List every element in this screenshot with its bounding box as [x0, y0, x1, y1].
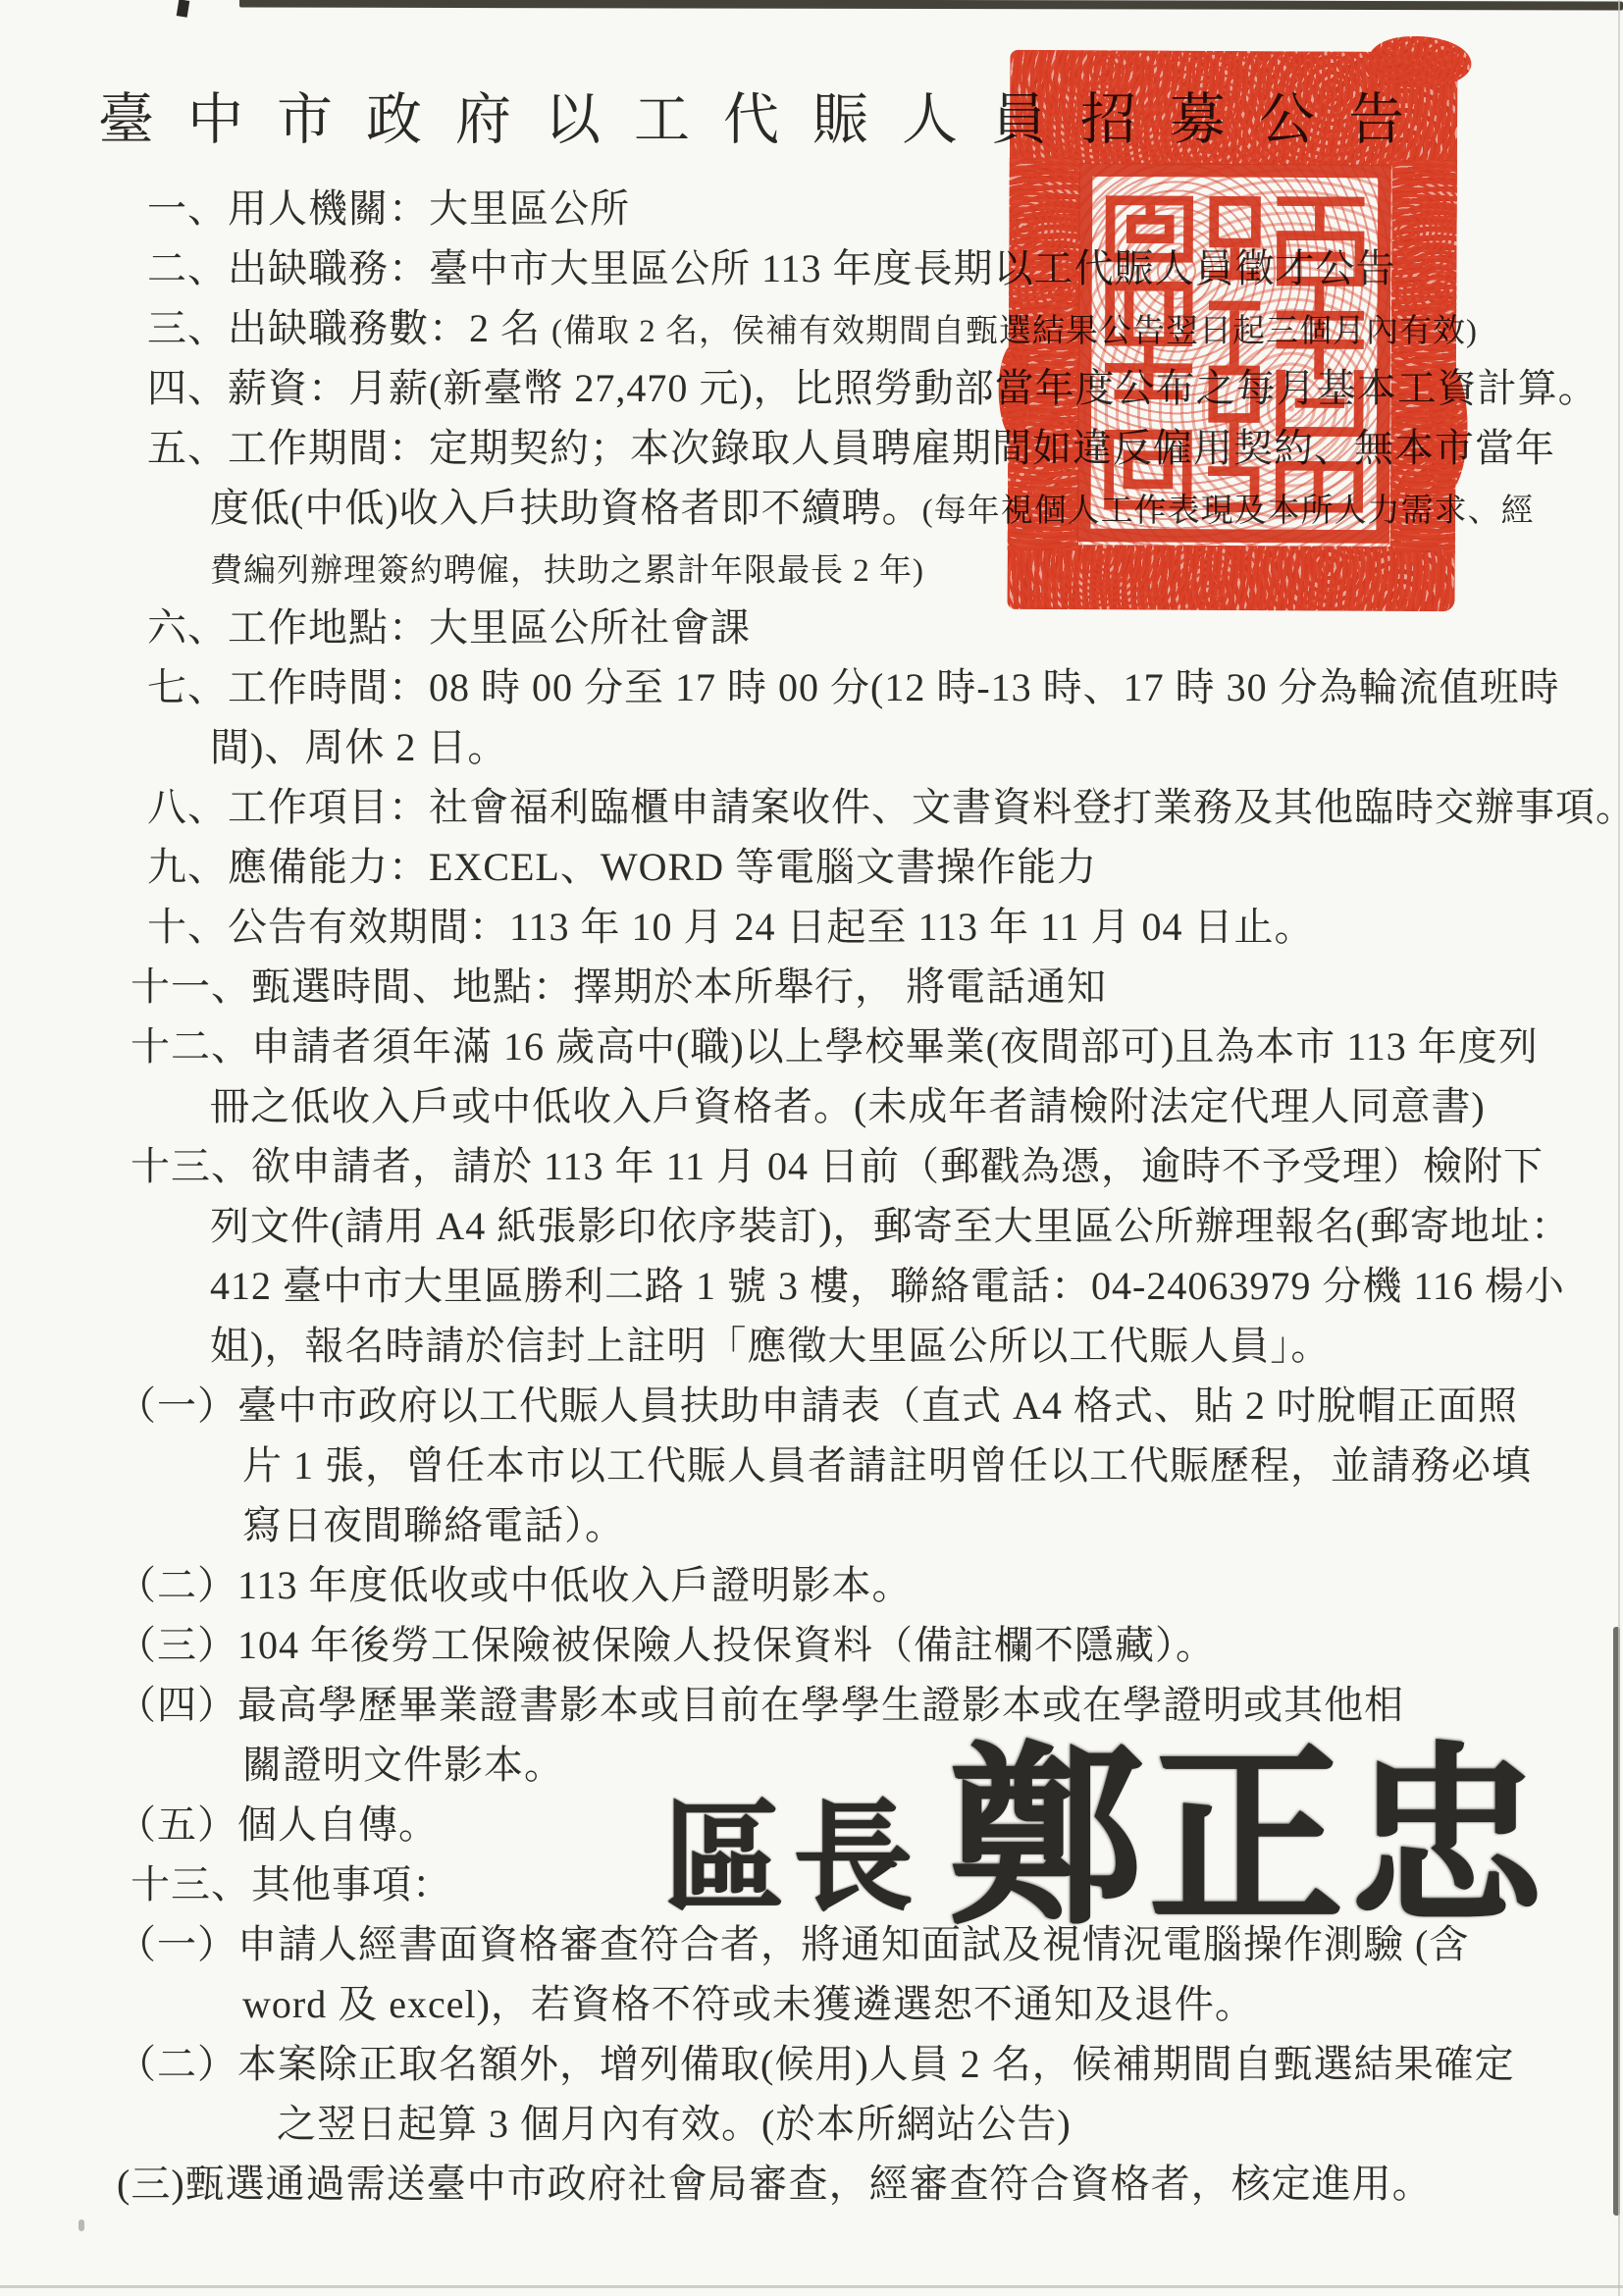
text-line-28: （五）個人自傳。 — [0, 1795, 1623, 1854]
text-line-34: (三)甄選通過需送臺中市政府社會局審查，經審查符合資格者，核定進用。 — [0, 2154, 1623, 2214]
text-line-27: 關證明文件影本。 — [0, 1735, 1623, 1795]
text-line-14: 十一、甄選時間、地點：擇期於本所舉行， 將電話通知 — [0, 957, 1623, 1017]
scan-edge-mark — [177, 0, 190, 18]
text-line-11: 八、工作項目：社會福利臨櫃申請案收件、文書資料登打業務及其他臨時交辦事項。 — [0, 777, 1623, 837]
text-segment: 四、薪資：月薪(新臺幣 27,470 元)，比照勞動部當年度公布之每月基本工資計… — [147, 366, 1598, 410]
text-segment: 412 臺中市大里區勝利二路 1 號 3 樓，聯絡電話：04-24063979 … — [210, 1264, 1565, 1308]
text-segment-small: 費編列辦理簽約聘僱，扶助之累計年限最長 2 年) — [210, 553, 924, 589]
text-segment: 冊之低收入戶或中低收入戶資格者。(未成年者請檢附法定代理人同意書) — [210, 1084, 1486, 1128]
text-line-26: （四）最高學歷畢業證書影本或目前在學學生證影本或在學證明或其他相 — [0, 1675, 1623, 1735]
text-segment: 之翌日起算 3 個月內有效。(於本所網站公告) — [277, 2102, 1072, 2146]
text-line-9: 七、工作時間：08 時 00 分至 17 時 00 分(12 時-13 時、17… — [0, 657, 1623, 717]
text-line-24: （二）113 年度低收或中低收入戶證明影本。 — [0, 1555, 1623, 1615]
text-segment: 片 1 張，曾任本市以工代賑人員者請註明曾任以工代賑歷程，並請務必填 — [242, 1443, 1532, 1487]
text-segment: 八、工作項目：社會福利臨櫃申請案收件、文書資料登打業務及其他臨時交辦事項。 — [147, 785, 1623, 829]
scan-edge-bottom — [0, 2285, 1623, 2288]
text-line-33: 之翌日起算 3 個月內有效。(於本所網站公告) — [0, 2094, 1623, 2154]
seal-ink-blob — [1369, 36, 1471, 88]
text-segment: 十、公告有效期間：113 年 10 月 24 日起至 113 年 11 月 04… — [147, 905, 1315, 949]
text-line-29: 十三、其他事項： — [0, 1854, 1623, 1914]
text-segment-small: (每年視個人工作表現及本所人力需求、經 — [922, 494, 1535, 529]
text-line-1: 一、用人機關：大里區公所 — [0, 179, 1623, 238]
document-body: 一、用人機關：大里區公所二、出缺職務：臺中市大里區公所 113 年度長期以工代賑… — [0, 179, 1623, 2214]
text-line-25: （三）104 年後勞工保險被保險人投保資料（備註欄不隱藏）。 — [0, 1615, 1623, 1675]
text-line-13: 十、公告有效期間：113 年 10 月 24 日起至 113 年 11 月 04… — [0, 897, 1623, 957]
text-segment: 七、工作時間：08 時 00 分至 17 時 00 分(12 時-13 時、17… — [147, 665, 1560, 709]
text-segment: （三）104 年後勞工保險被保險人投保資料（備註欄不隱藏）。 — [117, 1623, 1216, 1667]
text-segment: 三、出缺職務數：2 名 — [147, 306, 551, 350]
text-line-17: 十三、欲申請者，請於 113 年 11 月 04 日前（郵戳為憑，逾時不予受理）… — [0, 1136, 1623, 1196]
text-line-5: 五、工作期間：定期契約；本次錄取人員聘雇期間如違反僱用契約、無本市當年 — [0, 418, 1623, 478]
text-segment: (三)甄選通過需送臺中市政府社會局審查，經審查符合資格者，核定進用。 — [117, 2162, 1433, 2206]
scanned-announcement-page: { "page": { "title": "臺中市政府以工代賑人員招募公告", … — [0, 0, 1623, 2296]
text-segment: 關證明文件影本。 — [242, 1743, 564, 1787]
text-segment: 十三、欲申請者，請於 113 年 11 月 04 日前（郵戳為憑，逾時不予受理）… — [131, 1144, 1544, 1188]
text-line-30: （一）申請人經書面資格審查符合者，將通知面試及視情況電腦操作測驗 (含 — [0, 1914, 1623, 1974]
text-line-23: 寫日夜間聯絡電話）。 — [0, 1495, 1623, 1555]
text-line-7: 費編列辦理簽約聘僱，扶助之累計年限最長 2 年) — [0, 538, 1623, 598]
text-line-18: 列文件(請用 A4 紙張影印依序裝訂)，郵寄至大里區公所辦理報名(郵寄地址： — [0, 1196, 1623, 1256]
text-segment: 五、工作期間：定期契約；本次錄取人員聘雇期間如違反僱用契約、無本市當年 — [147, 426, 1555, 470]
text-line-21: （一）臺中市政府以工代賑人員扶助申請表（直式 A4 格式、貼 2 吋脫帽正面照 — [0, 1376, 1623, 1435]
text-segment: （四）最高學歷畢業證書影本或目前在學學生證影本或在學證明或其他相 — [117, 1683, 1404, 1727]
text-line-22: 片 1 張，曾任本市以工代賑人員者請註明曾任以工代賑歷程，並請務必填 — [0, 1435, 1623, 1495]
text-segment: （一）申請人經書面資格審查符合者，將通知面試及視情況電腦操作測驗 (含 — [117, 1922, 1469, 1966]
text-segment: （二）113 年度低收或中低收入戶證明影本。 — [117, 1563, 913, 1607]
text-line-10: 間)、周休 2 日。 — [0, 717, 1623, 777]
text-line-3: 三、出缺職務數：2 名 (備取 2 名，侯補有效期間自甄選結果公告翌日起三個月內… — [0, 298, 1623, 358]
text-segment: （一）臺中市政府以工代賑人員扶助申請表（直式 A4 格式、貼 2 吋脫帽正面照 — [117, 1383, 1518, 1428]
text-segment: 間)、周休 2 日。 — [210, 725, 507, 769]
text-segment: word 及 excel)，若資格不符或未獲遴選恕不通知及退件。 — [242, 1982, 1255, 2026]
page-title: 臺中市政府以工代賑人員招募公告 — [98, 90, 1438, 152]
text-segment: 度低(中低)收入戶扶助資格者即不續聘。 — [210, 486, 922, 530]
text-line-4: 四、薪資：月薪(新臺幣 27,470 元)，比照勞動部當年度公布之每月基本工資計… — [0, 358, 1623, 418]
text-segment: 十三、其他事項： — [131, 1862, 452, 1906]
text-line-19: 412 臺中市大里區勝利二路 1 號 3 樓，聯絡電話：04-24063979 … — [0, 1256, 1623, 1316]
text-line-31: word 及 excel)，若資格不符或未獲遴選恕不通知及退件。 — [0, 1974, 1623, 2034]
text-line-2: 二、出缺職務：臺中市大里區公所 113 年度長期以工代賑人員徵才公告 — [0, 238, 1623, 298]
text-segment: （二）本案除正取名額外，增列備取(候用)人員 2 名，候補期間自甄選結果確定 — [117, 2042, 1515, 2086]
text-line-15: 十二、申請者須年滿 16 歲高中(職)以上學校畢業(夜間部可)且為本市 113 … — [0, 1017, 1623, 1076]
scan-speck — [79, 2219, 84, 2231]
text-segment: 列文件(請用 A4 紙張影印依序裝訂)，郵寄至大里區公所辦理報名(郵寄地址： — [210, 1204, 1571, 1248]
text-segment: 六、工作地點：大里區公所社會課 — [147, 605, 751, 650]
text-line-20: 姐)，報名時請於信封上註明「應徵大里區公所以工代賑人員」。 — [0, 1316, 1623, 1376]
text-segment-small: (備取 2 名，侯補有效期間自甄選結果公告翌日起三個月內有效) — [551, 314, 1478, 349]
scan-edge-top — [239, 0, 1623, 10]
text-segment: （五）個人自傳。 — [117, 1802, 439, 1847]
text-segment: 一、用人機關：大里區公所 — [147, 186, 630, 231]
text-line-32: （二）本案除正取名額外，增列備取(候用)人員 2 名，候補期間自甄選結果確定 — [0, 2034, 1623, 2094]
text-segment: 九、應備能力：EXCEL、WORD 等電腦文書操作能力 — [147, 845, 1097, 889]
text-segment: 十二、申請者須年滿 16 歲高中(職)以上學校畢業(夜間部可)且為本市 113 … — [131, 1024, 1539, 1069]
text-segment: 二、出缺職務：臺中市大里區公所 113 年度長期以工代賑人員徵才公告 — [147, 246, 1396, 290]
text-line-6: 度低(中低)收入戶扶助資格者即不續聘。(每年視個人工作表現及本所人力需求、經 — [0, 478, 1623, 538]
text-line-8: 六、工作地點：大里區公所社會課 — [0, 598, 1623, 657]
text-line-16: 冊之低收入戶或中低收入戶資格者。(未成年者請檢附法定代理人同意書) — [0, 1076, 1623, 1136]
text-line-12: 九、應備能力：EXCEL、WORD 等電腦文書操作能力 — [0, 837, 1623, 897]
text-segment: 十一、甄選時間、地點：擇期於本所舉行， 將電話通知 — [131, 965, 1107, 1009]
text-segment: 寫日夜間聯絡電話）。 — [242, 1503, 625, 1547]
text-segment: 姐)，報名時請於信封上註明「應徵大里區公所以工代賑人員」。 — [210, 1324, 1331, 1368]
